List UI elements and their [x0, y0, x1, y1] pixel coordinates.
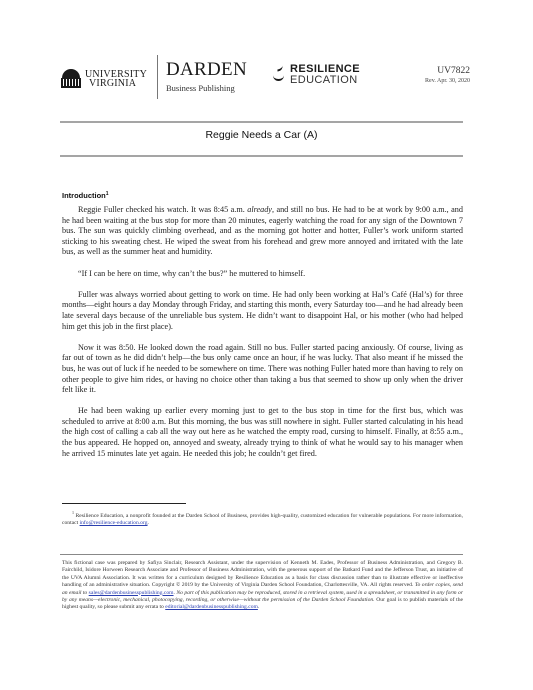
case-id-block: UV7822 Rev. Apr. 30, 2020	[425, 66, 470, 85]
logo-divider	[157, 55, 158, 99]
copyright-notice: This fictional case was prepared by Safi…	[62, 560, 463, 612]
darden-sub: Business Publishing	[166, 82, 247, 94]
paragraph-5: He had been waking up earlier every morn…	[62, 406, 463, 459]
uva-logo-text: UNIVERSITY VIRGINIA	[85, 70, 147, 88]
uva-logo: UNIVERSITY VIRGINIA	[60, 62, 156, 96]
rotunda-icon	[60, 69, 82, 89]
birds-icon	[273, 64, 287, 86]
info-email-link[interactable]: info@resilience-education.org	[80, 520, 148, 526]
darden-name: DARDEN	[166, 60, 247, 80]
section-heading: Introduction1	[62, 191, 109, 200]
title-bottom-rule	[60, 155, 463, 157]
footnote-rule	[62, 503, 186, 504]
footnote: 1 Resilience Education, a nonprofit foun…	[62, 509, 463, 527]
paragraph-4: Now it was 8:50. He looked down the road…	[62, 343, 463, 396]
editorial-email-link[interactable]: editorial@dardenbusinesspublishing.com	[165, 604, 258, 610]
footnote-ref[interactable]: 1	[106, 191, 109, 197]
revision-date: Rev. Apr. 30, 2020	[425, 77, 470, 85]
paragraph-2: “If I can be here on time, why can’t the…	[62, 269, 463, 280]
paragraph-3: Fuller was always worried about getting …	[62, 290, 463, 332]
section-heading-text: Introduction	[62, 191, 106, 200]
page-title: Reggie Needs a Car (A)	[60, 129, 463, 141]
paragraph-1: Reggie Fuller checked his watch. It was …	[62, 205, 463, 258]
uva-line2: VIRGINIA	[85, 79, 147, 88]
case-number: UV7822	[425, 66, 470, 77]
sales-email-link[interactable]: sales@dardenbusinesspublishing.com	[89, 590, 174, 596]
resilience-logo: RESILIENCE EDUCATION	[273, 64, 360, 86]
darden-logo: DARDEN Business Publishing	[166, 60, 247, 94]
title-top-rule	[60, 121, 463, 123]
emphasis: already	[247, 205, 272, 214]
resilience-line2: EDUCATION	[290, 75, 360, 86]
footer-rule	[60, 554, 463, 555]
body-text: Reggie Fuller checked his watch. It was …	[62, 205, 463, 470]
